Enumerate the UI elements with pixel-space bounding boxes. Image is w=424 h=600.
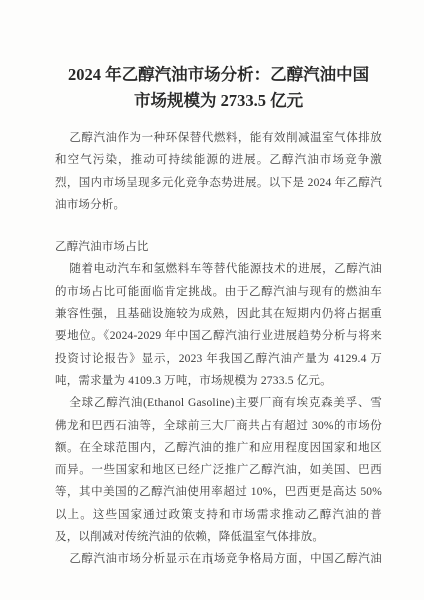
document-title: 2024 年乙醇汽油市场分析：乙醇汽油中国 市场规模为 2733.5 亿元: [0, 0, 424, 114]
paragraph-market-share: 随着电动汽车和氢燃料车等替代能源技术的进展，乙醇汽油的市场占比可能面临肯定挑战。…: [55, 258, 382, 392]
document-page: 2024 年乙醇汽油市场分析：乙醇汽油中国 市场规模为 2733.5 亿元 乙醇…: [0, 0, 424, 600]
paragraph-intro: 乙醇汽油作为一种环保替代燃料，能有效削减温室气体排放和空气污染，推动可持续能源的…: [55, 127, 382, 216]
document-body: 乙醇汽油作为一种环保替代燃料，能有效削减温室气体排放和空气污染，推动可持续能源的…: [55, 127, 382, 571]
paragraph-global-manufacturers: 全球乙醇汽油(Ethanol Gasoline)主要厂商有埃克森美孚、雪佛龙和巴…: [55, 392, 382, 548]
title-line-1: 2024 年乙醇汽油市场分析：乙醇汽油中国: [68, 65, 369, 84]
section-heading-market-share: 乙醇汽油市场占比: [55, 236, 382, 258]
page-number: - 1 -: [0, 556, 424, 566]
title-line-2: 市场规模为 2733.5 亿元: [134, 91, 303, 110]
